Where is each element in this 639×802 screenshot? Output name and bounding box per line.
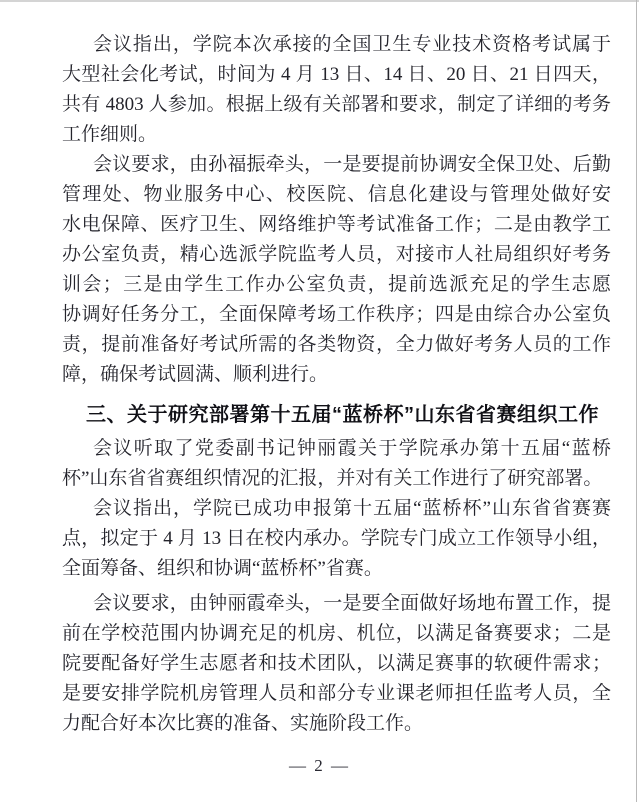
body-line: 会议听取了党委副书记钟丽霞关于学院承办第十五届“蓝桥 (62, 434, 611, 464)
body-line: 会议要求，由钟丽霞牵头，一是要全面做好场地布置工作，提 (62, 589, 611, 619)
body-line: 点，拟定于 4 月 13 日在校内承办。学院专门成立工作领导小组， (62, 524, 611, 554)
paragraph-lanqiao-requirements: 会议要求，由钟丽霞牵头，一是要全面做好场地布置工作，提 前在学校范围内协调充足的… (62, 589, 611, 739)
paragraph-lanqiao-site: 会议指出，学院已成功申报第十五届“蓝桥杯”山东省省赛赛 点，拟定于 4 月 13… (62, 494, 611, 584)
body-line: 会议指出，学院已成功申报第十五届“蓝桥杯”山东省省赛赛 (62, 494, 611, 524)
scan-edge-right (636, 0, 637, 802)
body-line: 责，提前准备好考试所需的各类物资，全力做好考务人员的工作保 (62, 330, 611, 360)
body-line: 工作细则。 (62, 120, 611, 150)
document-page: 会议指出，学院本次承接的全国卫生专业技术资格考试属于 大型社会化考试，时间为 4… (0, 0, 639, 802)
section-heading: 三、关于研究部署第十五届“蓝桥杯”山东省省赛组织工作 (62, 400, 611, 430)
body-line: 会议指出，学院本次承接的全国卫生专业技术资格考试属于 (62, 30, 611, 60)
body-line: 全面筹备、组织和协调“蓝桥杯”省赛。 (62, 554, 611, 584)
body-line: 杯”山东省省赛组织情况的汇报，并对有关工作进行了研究部署。 (62, 464, 611, 494)
paragraph-exam-requirements: 会议要求，由孙福振牵头，一是要提前协调安全保卫处、后勤 管理处、物业服务中心、校… (62, 150, 611, 390)
body-line: 大型社会化考试，时间为 4 月 13 日、14 日、20 日、21 日四天， (62, 60, 611, 90)
body-line: 会议要求，由孙福振牵头，一是要提前协调安全保卫处、后勤 (62, 150, 611, 180)
body-line: 前在学校范围内协调充足的机房、机位，以满足备赛要求；二是学 (62, 619, 611, 649)
body-line: 力配合好本次比赛的准备、实施阶段工作。 (62, 709, 611, 739)
body-line: 是要安排学院机房管理人员和部分专业课老师担任监考人员，全 (62, 679, 611, 709)
scan-edge-top (0, 0, 639, 2)
body-line: 协调好任务分工，全面保障考场工作秩序；四是由综合办公室负 (62, 300, 611, 330)
body-line: 训会；三是由学生工作办公室负责，提前选派充足的学生志愿者， (62, 270, 611, 300)
page-number: — 2 — (0, 753, 639, 779)
body-line: 管理处、物业服务中心、校医院、信息化建设与管理处做好安检、 (62, 180, 611, 210)
body-line: 共有 4803 人参加。根据上级有关部署和要求，制定了详细的考务 (62, 90, 611, 120)
body-line: 院要配备好学生志愿者和技术团队，以满足赛事的软硬件需求；三 (62, 649, 611, 679)
body-line: 障，确保考试圆满、顺利进行。 (62, 360, 611, 390)
body-line: 办公室负责，精心选派学院监考人员，对接市人社局组织好考务培 (62, 240, 611, 270)
paragraph-exam-overview: 会议指出，学院本次承接的全国卫生专业技术资格考试属于 大型社会化考试，时间为 4… (62, 30, 611, 150)
paragraph-lanqiao-report: 会议听取了党委副书记钟丽霞关于学院承办第十五届“蓝桥 杯”山东省省赛组织情况的汇… (62, 434, 611, 494)
body-line: 水电保障、医疗卫生、网络维护等考试准备工作；二是由教学工作 (62, 210, 611, 240)
